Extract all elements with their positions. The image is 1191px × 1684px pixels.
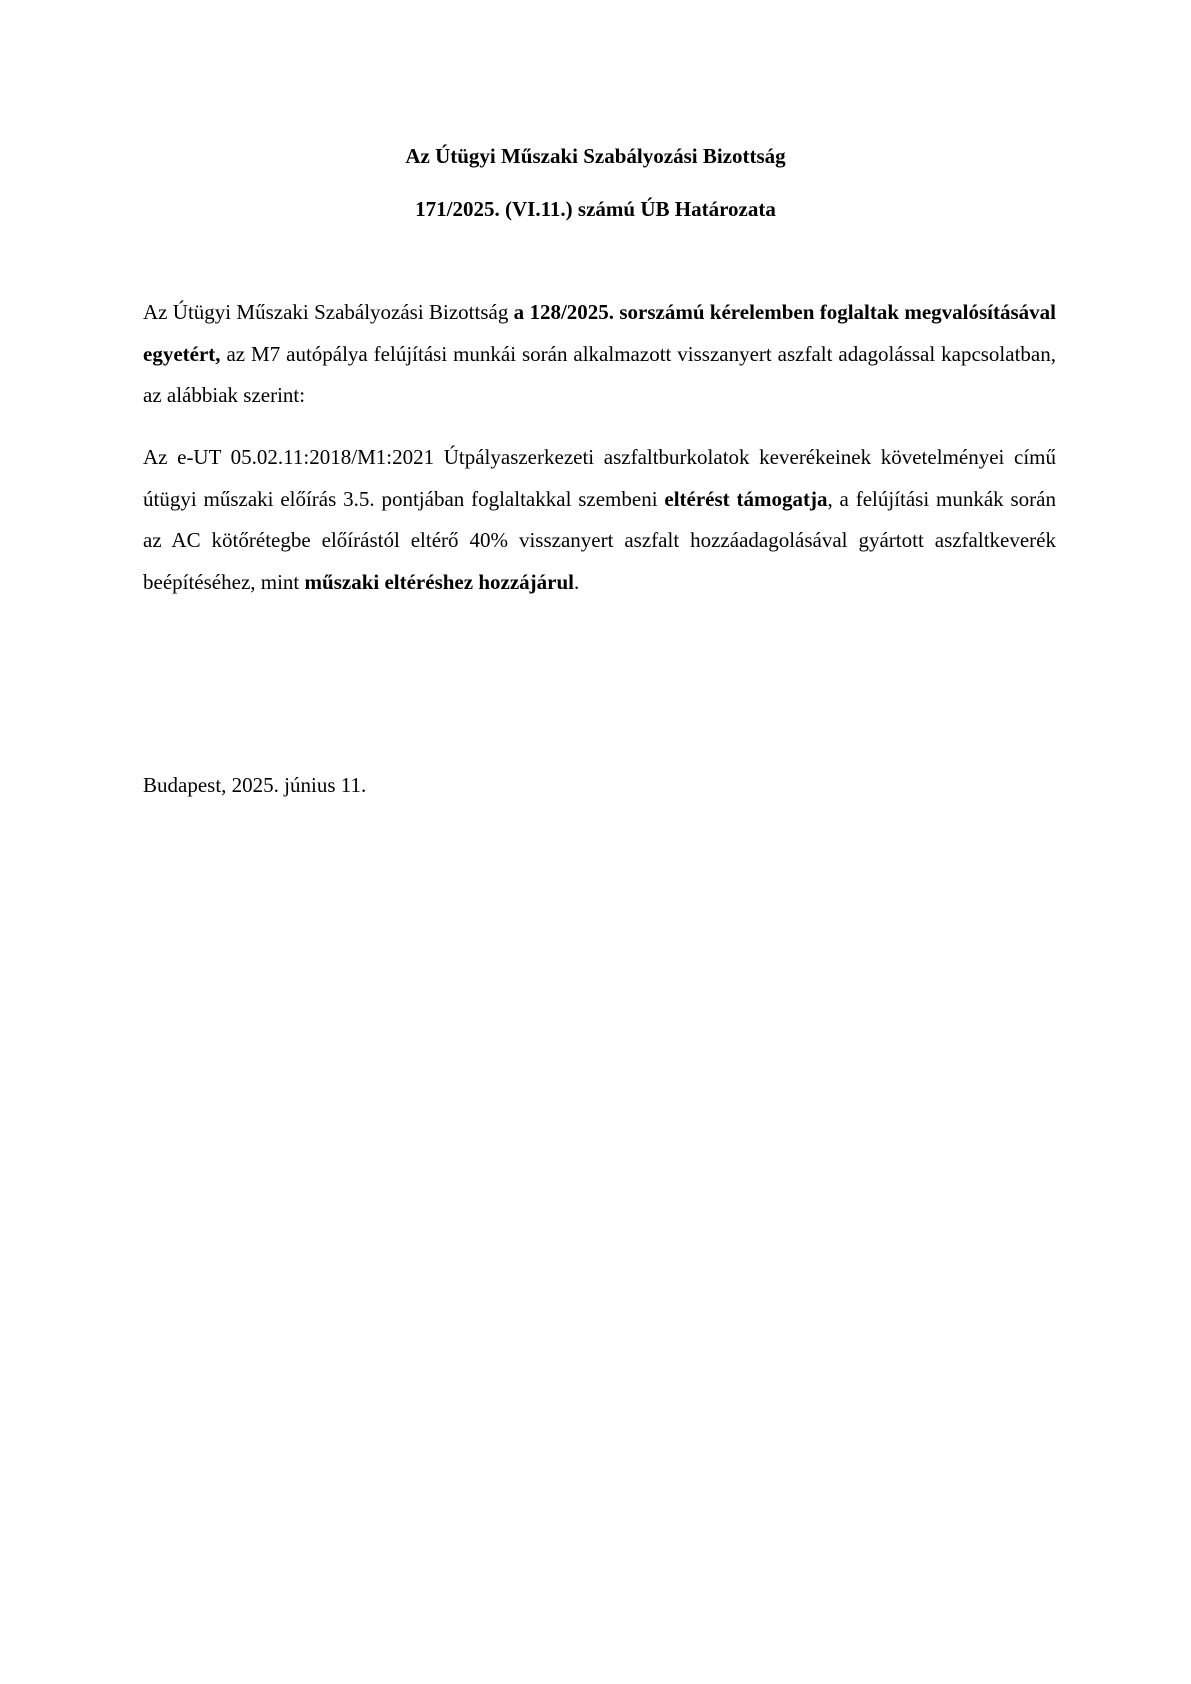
text-segment-bold: műszaki eltéréshez hozzájárul	[305, 570, 574, 594]
text-segment: .	[574, 570, 579, 594]
text-segment: Az Útügyi Műszaki Szabályozási Bizottság	[143, 300, 514, 324]
document-title-issuer: Az Útügyi Műszaki Szabályozási Bizottság	[0, 144, 1191, 168]
place-and-date: Budapest, 2025. június 11.	[143, 773, 366, 797]
text-segment: az M7 autópálya felújítási munkái során …	[143, 342, 1056, 408]
document-page: Az Útügyi Műszaki Szabályozási Bizottság…	[0, 0, 1191, 1684]
document-title-resolution-number: 171/2025. (VI.11.) számú ÚB Határozata	[0, 197, 1191, 221]
text-segment-bold: eltérést támogatja	[664, 487, 827, 511]
resolution-paragraph-deviation: Az e-UT 05.02.11:2018/M1:2021 Útpályasze…	[143, 437, 1056, 603]
resolution-paragraph-approval: Az Útügyi Műszaki Szabályozási Bizottság…	[143, 292, 1056, 417]
